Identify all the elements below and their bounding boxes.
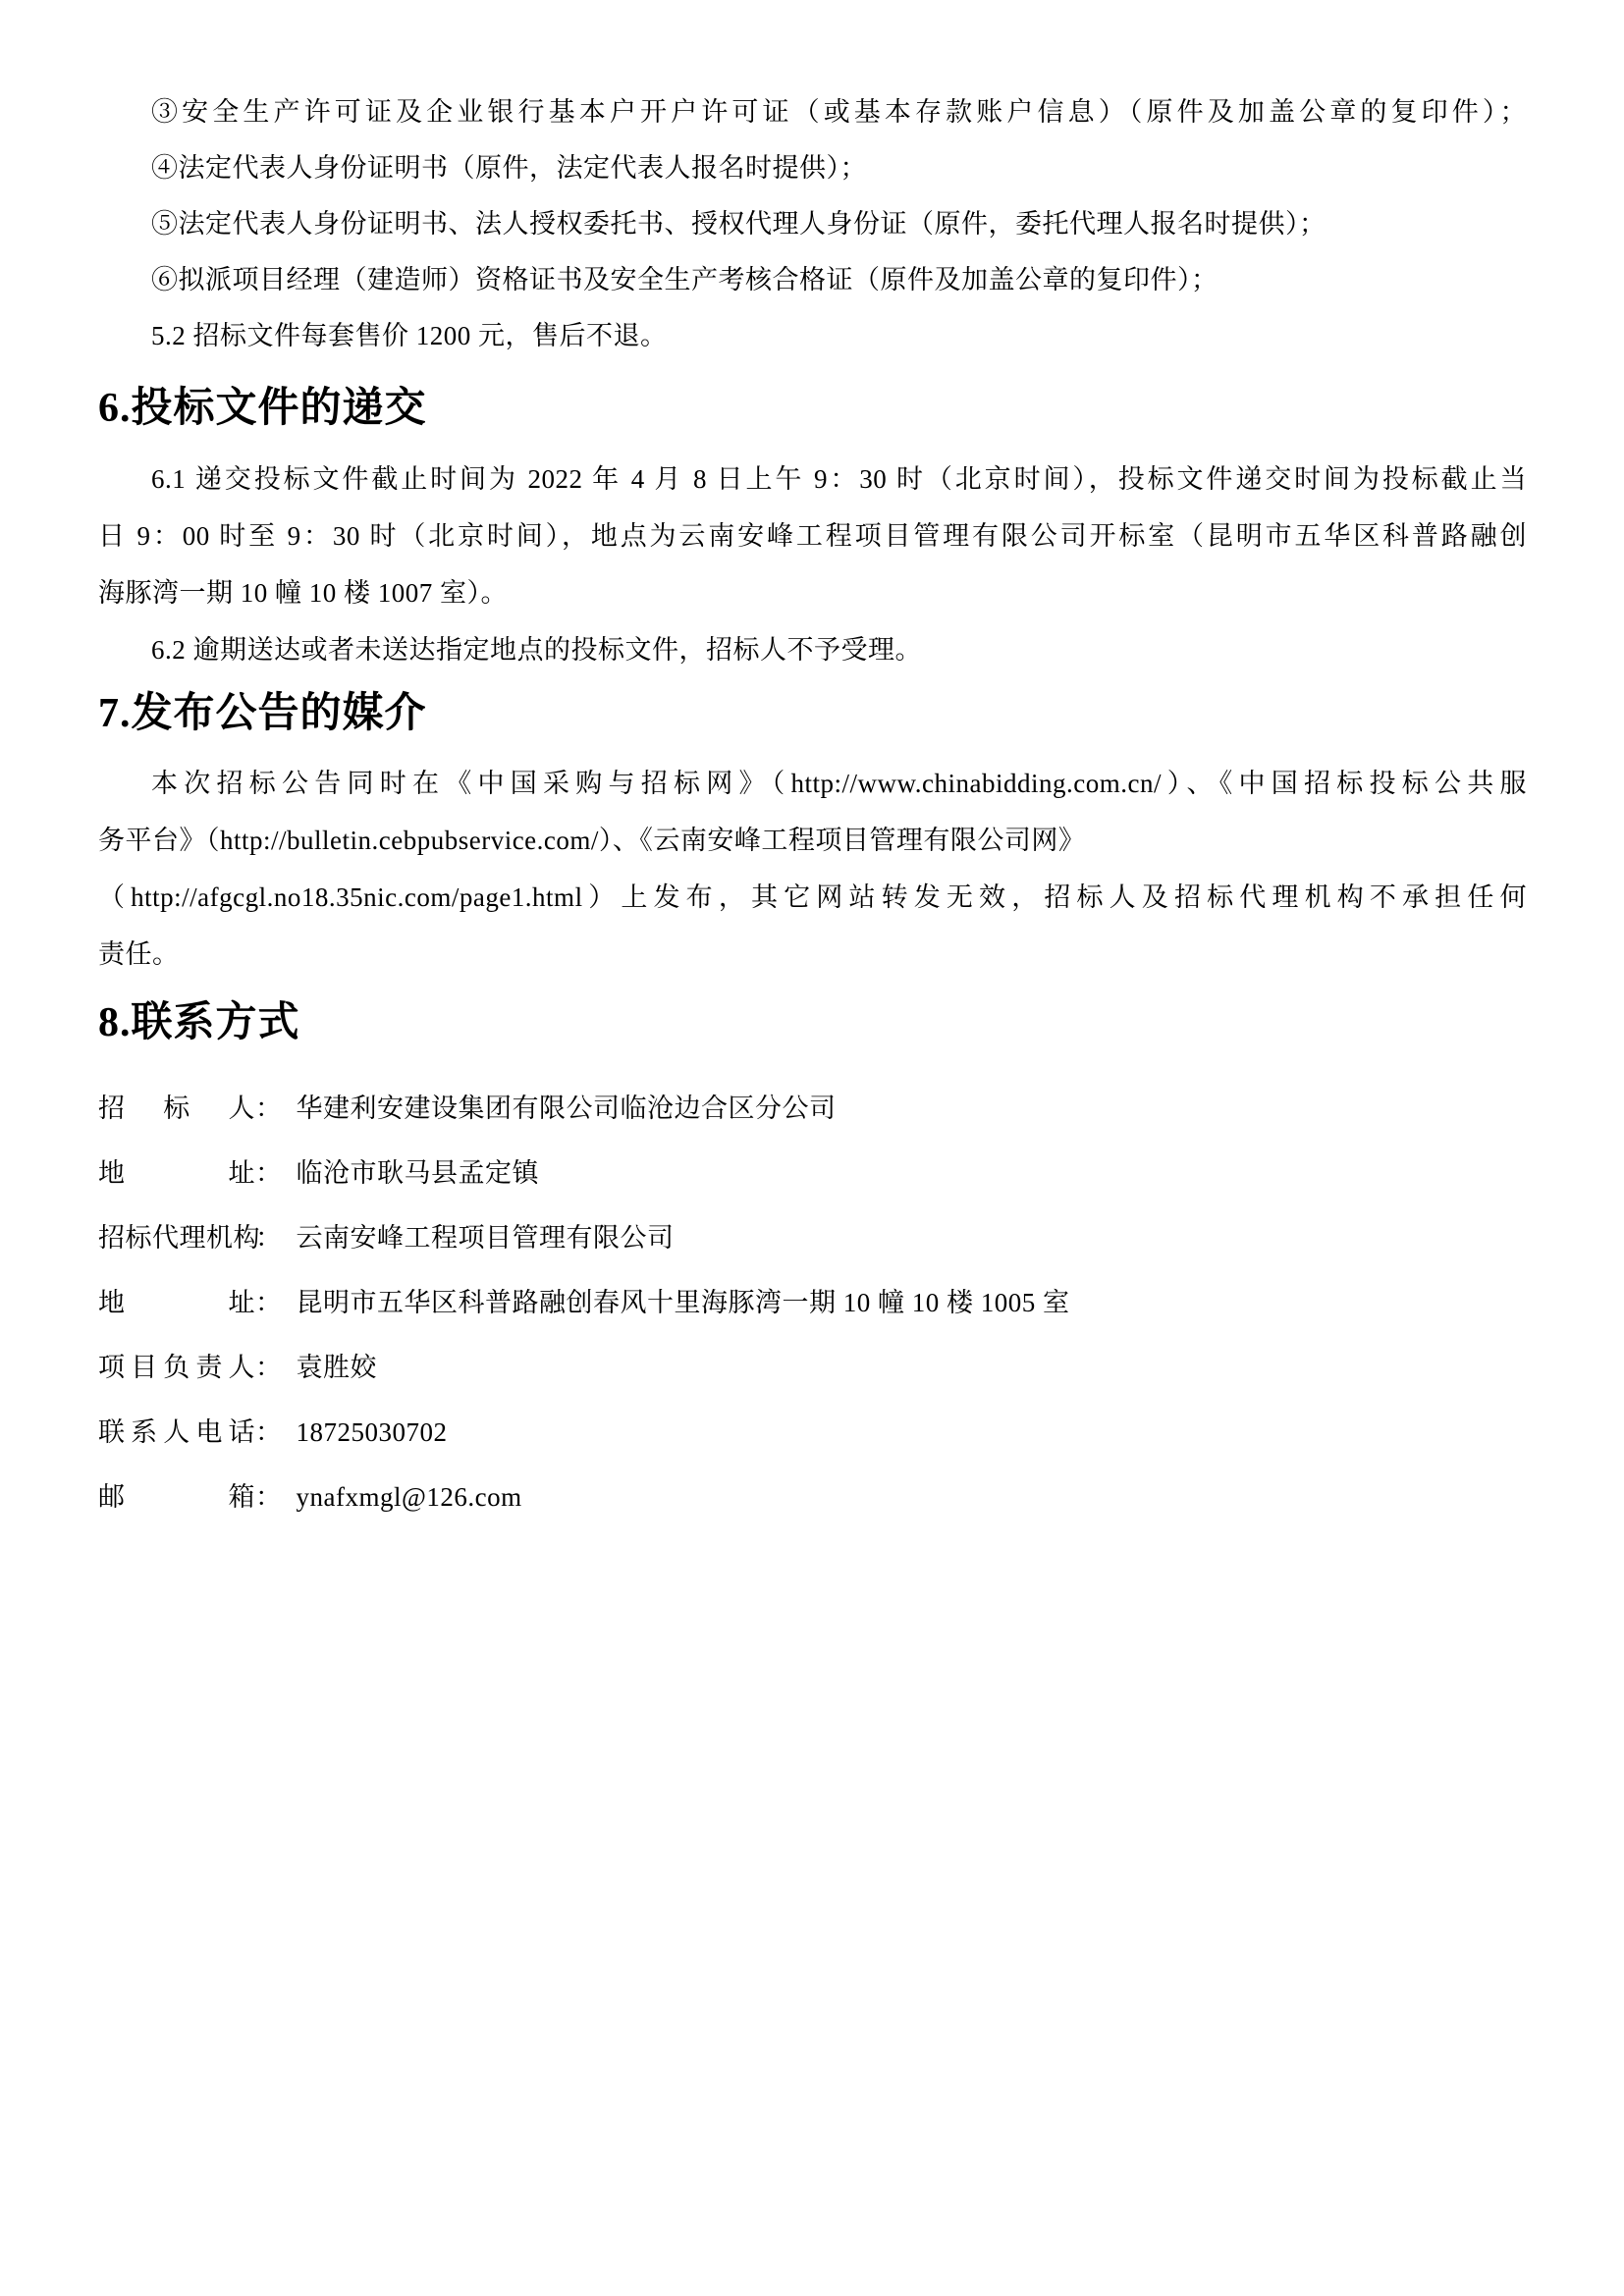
contact-value: 云南安峰工程项目管理有限公司 (297, 1223, 675, 1253)
contact-row-tenderee: 招标人：华建利安建设集团有限公司临沧边合区分公司 (98, 1076, 1527, 1141)
para-6-2: 6.2 逾期送达或者未送达指定地点的投标文件，招标人不予受理。 (98, 621, 1527, 678)
para-6-2-line-1: 6.2 逾期送达或者未送达指定地点的投标文件，招标人不予受理。 (98, 621, 1527, 678)
document-content: ③安全生产许可证及企业银行基本户开户许可证（或基本存款账户信息）（原件及加盖公章… (98, 0, 1527, 1529)
section-6-heading: 6.投标文件的递交 (98, 380, 1527, 437)
contact-value: ynafxmgl@126.com (297, 1482, 522, 1512)
list-item-4: ④法定代表人身份证明书（原件，法定代表人报名时提供）； (98, 140, 1527, 196)
contact-label: 地址 (98, 1141, 255, 1205)
contact-colon: ： (255, 1482, 283, 1512)
contact-row-project-manager: 项目负责人：袁胜姣 (98, 1335, 1527, 1400)
para-7-1-line-3: （http://afgcgl.no18.35nic.com/page1.html… (98, 869, 1527, 926)
para-7-1-line-4: 责任。 (98, 926, 1527, 983)
document-page: ③安全生产许可证及企业银行基本户开户许可证（或基本存款账户信息）（原件及加盖公章… (0, 0, 1624, 2296)
contact-value: 袁胜姣 (297, 1353, 378, 1382)
para-7-1-line-2: 务平台》（http://bulletin.cebpubservice.com/）… (98, 812, 1527, 869)
contact-row-agency: 招标代理机构：云南安峰工程项目管理有限公司 (98, 1205, 1527, 1270)
list-item-3: ③安全生产许可证及企业银行基本户开户许可证（或基本存款账户信息）（原件及加盖公章… (98, 84, 1527, 140)
contact-label: 项目负责人 (98, 1335, 255, 1400)
contact-colon: ： (255, 1094, 283, 1123)
para-6-1-line-2: 日 9：00 时至 9：30 时（北京时间），地点为云南安峰工程项目管理有限公司… (98, 507, 1527, 564)
contact-label: 联系人电话 (98, 1400, 255, 1465)
contact-value: 昆明市五华区科普路融创春风十里海豚湾一期 10 幢 10 楼 1005 室 (297, 1288, 1070, 1317)
contact-colon: ： (255, 1223, 283, 1253)
contact-label: 招标人 (98, 1076, 255, 1141)
contact-colon: ： (255, 1417, 283, 1447)
contact-value: 18725030702 (297, 1417, 448, 1447)
section-8-heading: 8.联系方式 (98, 994, 1527, 1051)
para-7-1: 本次招标公告同时在《中国采购与招标网》（http://www.chinabidd… (98, 755, 1527, 983)
contact-row-tenderee-address: 地址：临沧市耿马县孟定镇 (98, 1141, 1527, 1205)
list-item-6: ⑥拟派项目经理（建造师）资格证书及安全生产考核合格证（原件及加盖公章的复印件）； (98, 252, 1527, 308)
para-7-1-line-1: 本次招标公告同时在《中国采购与招标网》（http://www.chinabidd… (98, 755, 1527, 812)
contact-label: 地址 (98, 1270, 255, 1335)
para-6-1-line-3: 海豚湾一期 10 幢 10 楼 1007 室）。 (98, 564, 1527, 621)
contact-colon: ： (255, 1158, 283, 1188)
para-6-1: 6.1 递交投标文件截止时间为 2022 年 4 月 8 日上午 9：30 时（… (98, 451, 1527, 621)
contact-value: 临沧市耿马县孟定镇 (297, 1158, 540, 1188)
list-item-5: ⑤法定代表人身份证明书、法人授权委托书、授权代理人身份证（原件，委托代理人报名时… (98, 196, 1527, 252)
contact-row-phone: 联系人电话：18725030702 (98, 1400, 1527, 1465)
contact-list: 招标人：华建利安建设集团有限公司临沧边合区分公司 地址：临沧市耿马县孟定镇 招标… (98, 1076, 1527, 1529)
contact-colon: ： (255, 1353, 283, 1382)
qualification-document-list: ③安全生产许可证及企业银行基本户开户许可证（或基本存款账户信息）（原件及加盖公章… (98, 84, 1527, 364)
contact-value: 华建利安建设集团有限公司临沧边合区分公司 (297, 1094, 837, 1123)
contact-row-email: 邮箱：ynafxmgl@126.com (98, 1465, 1527, 1529)
contact-label: 招标代理机构 (98, 1205, 255, 1270)
contact-colon: ： (255, 1288, 283, 1317)
para-6-1-line-1: 6.1 递交投标文件截止时间为 2022 年 4 月 8 日上午 9：30 时（… (98, 451, 1527, 507)
contact-label: 邮箱 (98, 1465, 255, 1529)
contact-row-agency-address: 地址：昆明市五华区科普路融创春风十里海豚湾一期 10 幢 10 楼 1005 室 (98, 1270, 1527, 1335)
section-7-heading: 7.发布公告的媒介 (98, 685, 1527, 742)
clause-5-2-price-note: 5.2 招标文件每套售价 1200 元，售后不退。 (98, 308, 1527, 364)
